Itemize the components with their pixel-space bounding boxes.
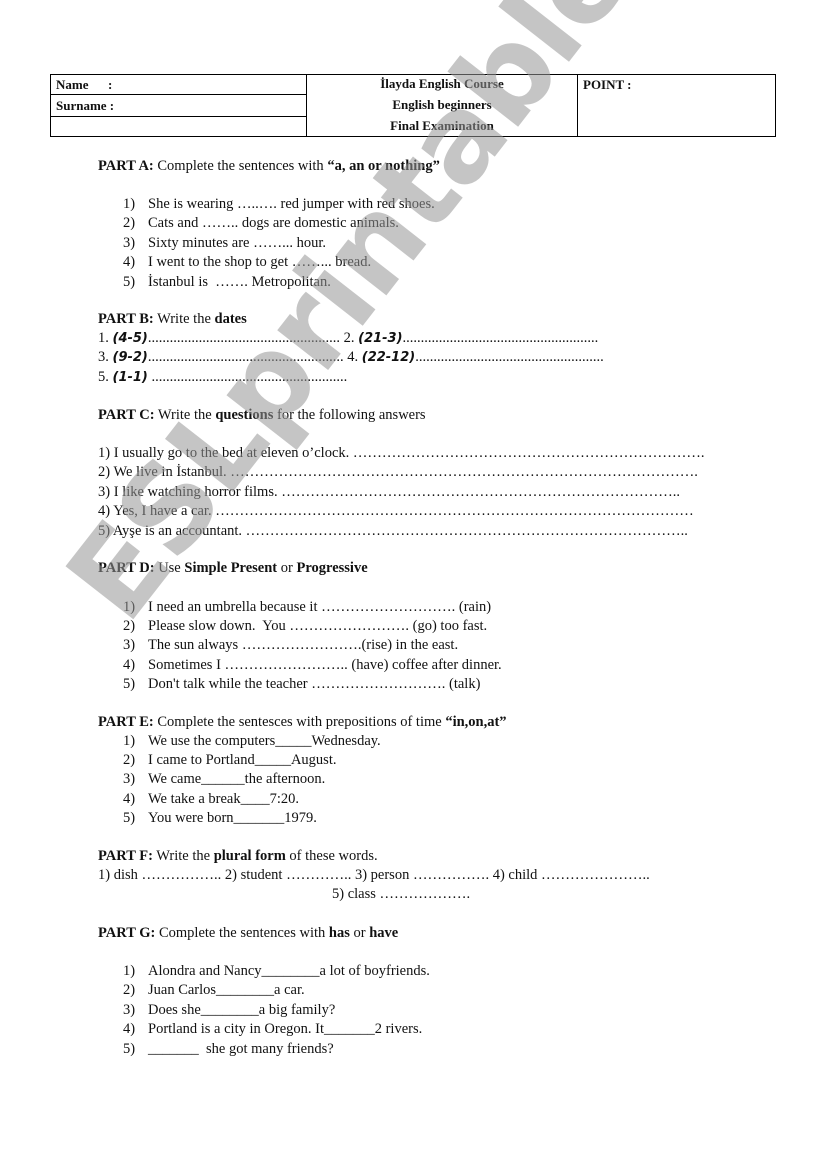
item-text: We use the computers_____Wednesday. [148, 733, 381, 749]
item-text: We came______the afternoon. [148, 771, 325, 787]
list-item[interactable]: 3)We came______the afternoon. [123, 771, 325, 788]
item-number: 4) [123, 1021, 148, 1038]
item-number: 2) [123, 982, 148, 999]
list-item[interactable]: 1)Alondra and Nancy________a lot of boyf… [123, 963, 430, 980]
date-number: 4. [347, 349, 358, 365]
date-row-3: 5. (1-1) ...............................… [98, 369, 347, 386]
item-number: 2) [123, 618, 148, 635]
item-number: 4) [98, 503, 110, 519]
list-item[interactable]: 4)We take a break____7:20. [123, 791, 299, 808]
course-title: İlayda English Course [307, 76, 577, 92]
plural-words-line-1[interactable]: 1) dish …………….. 2) student ………….. 3) per… [98, 867, 650, 884]
date-number: 5. [98, 369, 109, 385]
part-f-heading: PART F: Write the plural form of these w… [98, 848, 378, 865]
item-text: We live in İstanbul. …………………………………………………… [113, 464, 697, 480]
header-table: Name : Surname : İlayda English Course E… [50, 74, 776, 137]
list-item[interactable]: 5)Don't talk while the teacher ………………………… [123, 676, 480, 693]
item-text: I usually go to the bed at eleven o’cloc… [114, 445, 705, 461]
part-c-label: PART C: [98, 407, 155, 423]
point-column: POINT : [578, 75, 775, 136]
item-number: 1) [123, 733, 148, 750]
list-item[interactable]: 2)Please slow down. You ……………………. (go) t… [123, 618, 487, 635]
item-number: 3) [123, 235, 148, 252]
surname-field: Surname : [51, 95, 306, 117]
list-item[interactable]: 5)İstanbul is ……. Metropolitan. [123, 274, 331, 291]
date-row-1: 1. (4-5)................................… [98, 330, 598, 347]
date-row-2: 3. (9-2)................................… [98, 349, 604, 366]
list-item[interactable]: 4) Yes, I have a car. ………………………………………………… [98, 503, 694, 520]
item-number: 2) [123, 215, 148, 232]
student-info-column: Name : Surname : [51, 75, 307, 136]
item-text: You were born_______1979. [148, 810, 317, 826]
part-e-label: PART E: [98, 714, 154, 730]
item-text: Does she________a big family? [148, 1002, 335, 1018]
date-answer-blank[interactable]: ........................................… [148, 330, 340, 346]
item-text: I came to Portland_____August. [148, 752, 336, 768]
item-text: The sun always …………………….(rise) in the ea… [148, 637, 458, 653]
part-e-heading: PART E: Complete the sentesces with prep… [98, 714, 507, 731]
list-item[interactable]: 2)Cats and …….. dogs are domestic animal… [123, 215, 399, 232]
item-number: 1) [123, 599, 148, 616]
part-g-instruction: Complete the sentences with [155, 925, 329, 941]
part-b-emphasis: dates [215, 311, 247, 327]
item-text: I went to the shop to get ……... bread. [148, 254, 371, 270]
list-item[interactable]: 3)Sixty minutes are ……... hour. [123, 235, 326, 252]
item-text: I like watching horror films. …………………………… [114, 484, 680, 500]
list-item[interactable]: 4)Sometimes I …………………….. (have) coffee a… [123, 657, 502, 674]
item-text: Portland is a city in Oregon. It_______2… [148, 1021, 422, 1037]
date-answer-blank[interactable]: ........................................… [148, 369, 347, 385]
exam-title: Final Examination [307, 118, 577, 134]
date-number: 1. [98, 330, 109, 346]
part-g-middle: or [350, 925, 369, 941]
list-item[interactable]: 2)Juan Carlos________a car. [123, 982, 305, 999]
part-d-label: PART D: [98, 560, 155, 576]
item-text: Cats and …….. dogs are domestic animals. [148, 215, 399, 231]
part-c-instruction-end: for the following answers [273, 407, 425, 423]
part-d-middle: or [277, 560, 296, 576]
part-d-emphasis-2: Progressive [296, 560, 367, 576]
part-f-emphasis: plural form [214, 848, 286, 864]
date-answer-blank[interactable]: ........................................… [415, 349, 604, 365]
part-b-heading: PART B: Write the dates [98, 311, 247, 328]
part-g-emphasis-1: has [329, 925, 350, 941]
date-value: (4-5) [113, 331, 148, 346]
part-f-label: PART F: [98, 848, 153, 864]
part-e-instruction: Complete the sentesces with prepositions… [154, 714, 446, 730]
item-number: 5) [98, 523, 110, 539]
part-d-heading: PART D: Use Simple Present or Progressiv… [98, 560, 368, 577]
surname-label: Surname : [56, 98, 114, 113]
part-f-instruction-end: of these words. [286, 848, 378, 864]
item-text: Juan Carlos________a car. [148, 982, 305, 998]
date-value: (22-12) [362, 350, 415, 365]
part-b-label: PART B: [98, 311, 154, 327]
date-answer-blank[interactable]: ........................................… [148, 349, 344, 365]
part-a-emphasis: “a, an or nothing” [327, 158, 440, 174]
part-d-emphasis-1: Simple Present [184, 560, 277, 576]
item-text: Sixty minutes are ……... hour. [148, 235, 326, 251]
item-number: 4) [123, 657, 148, 674]
part-e-emphasis: “in,on,at” [445, 714, 506, 730]
item-text: Please slow down. You ……………………. (go) too… [148, 618, 487, 634]
item-text: Alondra and Nancy________a lot of boyfri… [148, 963, 430, 979]
list-item[interactable]: 1)I need an umbrella because it ……………………… [123, 599, 491, 616]
item-number: 4) [123, 791, 148, 808]
part-g-emphasis-2: have [369, 925, 398, 941]
list-item[interactable]: 1)We use the computers_____Wednesday. [123, 733, 381, 750]
name-field: Name : [51, 75, 306, 95]
blank-field [51, 117, 306, 137]
list-item[interactable]: 2)I came to Portland_____August. [123, 752, 336, 769]
item-number: 2) [98, 464, 110, 480]
list-item[interactable]: 5)You were born_______1979. [123, 810, 317, 827]
list-item[interactable]: 5) Ayşe is an accountant. ……………………………………… [98, 523, 688, 540]
course-info-column: İlayda English Course English beginners … [307, 75, 578, 136]
worksheet-page: Name : Surname : İlayda English Course E… [0, 0, 821, 1169]
list-item[interactable]: 1)She is wearing …..…. red jumper with r… [123, 196, 435, 213]
list-item[interactable]: 4)Portland is a city in Oregon. It______… [123, 1021, 422, 1038]
part-d-instruction: Use [155, 560, 185, 576]
part-a-label: PART A: [98, 158, 154, 174]
point-label: POINT : [583, 77, 632, 93]
date-answer-blank[interactable]: ........................................… [403, 330, 599, 346]
part-b-instruction: Write the [154, 311, 215, 327]
item-number: 4) [123, 254, 148, 271]
part-g-label: PART G: [98, 925, 155, 941]
item-text: Sometimes I …………………….. (have) coffee aft… [148, 657, 502, 673]
part-a-instruction: Complete the sentences with [154, 158, 328, 174]
item-text: We take a break____7:20. [148, 791, 299, 807]
list-item[interactable]: 3) I like watching horror films. …………………… [98, 484, 680, 501]
date-value: (1-1) [113, 370, 148, 385]
date-value: (9-2) [113, 350, 148, 365]
item-text: _______ she got many friends? [148, 1041, 334, 1057]
part-c-emphasis: questions [215, 407, 273, 423]
item-text: Ayşe is an accountant. ……………………………………………… [113, 523, 688, 539]
date-value: (21-3) [358, 331, 402, 346]
item-number: 5) [123, 810, 148, 827]
list-item[interactable]: 2) We live in İstanbul. …………………………………………… [98, 464, 698, 481]
list-item[interactable]: 1) I usually go to the bed at eleven o’c… [98, 445, 705, 462]
list-item[interactable]: 3)Does she________a big family? [123, 1002, 335, 1019]
item-text: I need an umbrella because it ……………………….… [148, 599, 491, 615]
item-number: 3) [123, 1002, 148, 1019]
item-number: 1) [123, 196, 148, 213]
item-number: 5) [123, 274, 148, 291]
item-number: 3) [123, 637, 148, 654]
item-number: 5) [123, 1041, 148, 1058]
item-text: Yes, I have a car. ………………………………………………………… [113, 503, 694, 519]
part-c-instruction: Write the [155, 407, 216, 423]
item-number: 1) [123, 963, 148, 980]
part-g-heading: PART G: Complete the sentences with has … [98, 925, 398, 942]
part-c-heading: PART C: Write the questions for the foll… [98, 407, 426, 424]
item-number: 5) [123, 676, 148, 693]
list-item[interactable]: 5)_______ she got many friends? [123, 1041, 334, 1058]
plural-words-line-2[interactable]: 5) class ………………. [332, 886, 470, 903]
item-text: She is wearing …..…. red jumper with red… [148, 196, 435, 212]
name-label: Name : [56, 77, 112, 92]
part-a-heading: PART A: Complete the sentences with “a, … [98, 158, 440, 175]
item-number: 1) [98, 445, 110, 461]
item-number: 2) [123, 752, 148, 769]
list-item[interactable]: 4)I went to the shop to get ……... bread. [123, 254, 371, 271]
item-number: 3) [98, 484, 110, 500]
course-level: English beginners [307, 97, 577, 113]
item-text: Don't talk while the teacher ………………………. … [148, 676, 480, 692]
date-number: 2. [344, 330, 355, 346]
part-f-instruction: Write the [153, 848, 214, 864]
item-text: İstanbul is ……. Metropolitan. [148, 274, 331, 290]
date-number: 3. [98, 349, 109, 365]
item-number: 3) [123, 771, 148, 788]
list-item[interactable]: 3)The sun always …………………….(rise) in the … [123, 637, 458, 654]
